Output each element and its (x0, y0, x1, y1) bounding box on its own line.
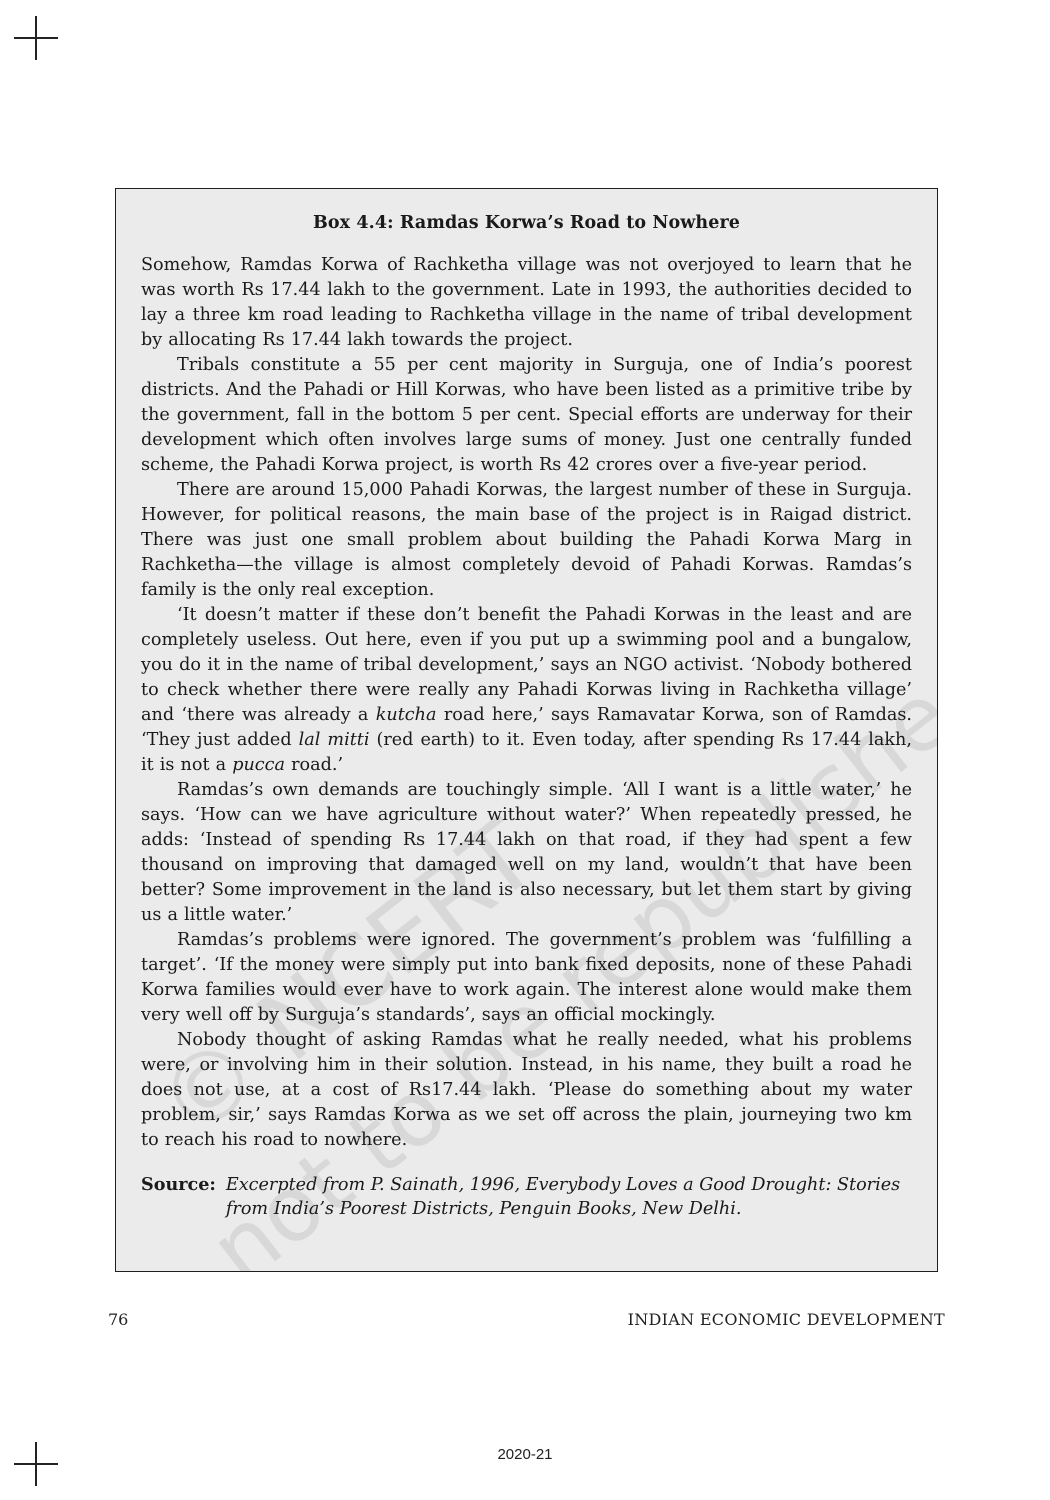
case-study-box: © NCERT not to be republished Box 4.4: R… (115, 188, 938, 1272)
body-paragraph: Tribals constitute a 55 per cent majorit… (141, 353, 912, 478)
running-footer-title: INDIAN ECONOMIC DEVELOPMENT (628, 1310, 945, 1329)
body-paragraph: Ramdas’s problems were ignored. The gove… (141, 928, 912, 1028)
crop-mark-icon (14, 16, 58, 60)
box-title: Box 4.4: Ramdas Korwa’s Road to Nowhere (141, 213, 912, 233)
box-body: Somehow, Ramdas Korwa of Rachketha villa… (141, 253, 912, 1153)
source-text: Excerpted from P. Sainath, 1996, Everybo… (226, 1173, 912, 1221)
body-paragraph: Somehow, Ramdas Korwa of Rachketha villa… (141, 253, 912, 353)
body-paragraph: Nobody thought of asking Ramdas what he … (141, 1028, 912, 1153)
body-paragraph: There are around 15,000 Pahadi Korwas, t… (141, 478, 912, 603)
page-number: 76 (108, 1310, 128, 1329)
body-paragraph: ‘It doesn’t matter if these don’t benefi… (141, 603, 912, 778)
source-citation: Source: Excerpted from P. Sainath, 1996,… (141, 1173, 912, 1221)
source-label: Source: (141, 1173, 216, 1221)
edition-year: 2020-21 (0, 1446, 1050, 1463)
body-paragraph: Ramdas’s own demands are touchingly simp… (141, 778, 912, 928)
